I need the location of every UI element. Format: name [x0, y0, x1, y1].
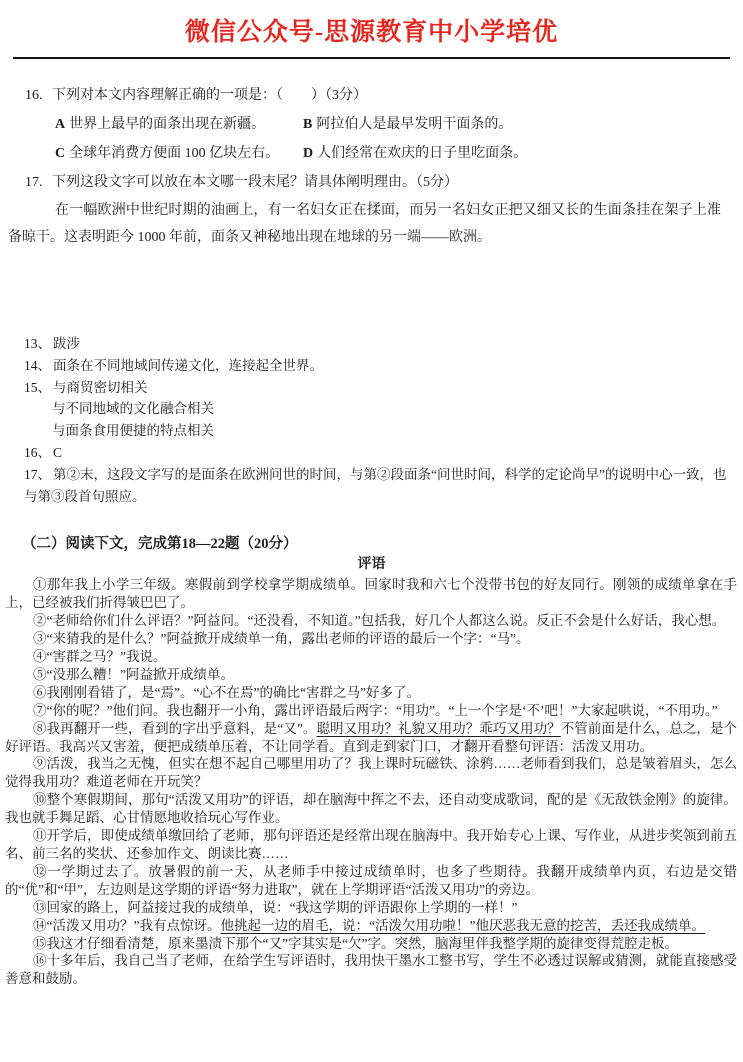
question-16-number: 16.: [25, 81, 52, 110]
paragraph-text: ⑮我这才仔细看清楚，原来墨渍下那个“又”字其实是“欠”字。突然，脑海里伴我整学期…: [33, 936, 678, 951]
q16-options: A世界上最早的面条出现在新疆。B阿拉伯人是最早发明干面条的。C全球年消费方便面 …: [0, 110, 743, 168]
option-row: A世界上最早的面条出现在新疆。B阿拉伯人是最早发明干面条的。: [0, 110, 743, 139]
answer-number: 13、: [24, 336, 51, 351]
answer-item: 13、跋涉: [24, 333, 735, 355]
document-page: 微信公众号-思源教育中小学培优 16.下列对本文内容理解正确的一项是：（ ）（3…: [0, 0, 743, 1062]
essay-paragraph: ⑩整个寒假期间，那句“活泼又用功”的评语，却在脑海中挥之不去，还自动变成歌词，配…: [5, 791, 737, 827]
paragraph-text: ⑤“没那么糟！”阿益掀开成绩单。: [33, 667, 234, 682]
paragraph-text: ⑦“你的呢？”他们问。我也翻开一小角，露出评语最后两字：“用功”。“上一个字是‘…: [33, 703, 718, 718]
answer-key-block: 13、跋涉14、面条在不同地域间传递文化，连接起全世界。15、与商贸密切相关与不…: [0, 333, 743, 507]
essay-paragraph: ⑪开学后，即使成绩单缴回给了老师，那句评语还是经常出现在脑海中。我开始专心上课、…: [5, 827, 737, 863]
paragraph-text: ④“害群之马？”我说。: [33, 649, 166, 664]
option-row: C全球年消费方便面 100 亿块左右。D人们经常在欢庆的日子里吃面条。: [0, 139, 743, 168]
essay-paragraph: ⑫一学期过去了。放暑假的前一天，从老师手中接过成绩单时，也多了些期待。我翻开成绩…: [5, 863, 737, 899]
essay-paragraph: ③“来猜我的是什么？”阿益掀开成绩单一角，露出老师的评语的最后一个字：“马”。: [5, 630, 737, 648]
header-divider: [13, 57, 730, 59]
essay-paragraph: ②“老师给你们什么评语？”阿益问。“还没看，不知道。”包括我，好几个人都这么说。…: [5, 612, 737, 630]
question-17-number: 17.: [25, 168, 52, 197]
question-17-stem: 下列这段文字可以放在本文哪一段末尾？请具体阐明理由。（5分）: [52, 175, 458, 190]
section-two-heading: （二）阅读下文，完成第18—22题（20分）: [0, 534, 743, 554]
paragraph-text: ⑭“活泼又用功？”我有点惊讶。: [33, 918, 220, 933]
paragraph-text: ⑯十多年后，我自己当了老师，在给学生写评语时，我用快干墨水工整书写，学生不必透过…: [5, 953, 737, 986]
paragraph-text: ⑬回家的路上，阿益接过我的成绩单，说：“我这学期的评语跟你上学期的一样！”: [33, 900, 517, 915]
essay-paragraph: ⑧我再翻开一些，看到的字出乎意料，是“又”。聪明又用功？礼貌又用功？乖巧又用功？…: [5, 720, 737, 756]
option-letter: B: [303, 117, 312, 132]
essay-title: 评语: [0, 555, 743, 574]
answer-number: 14、: [24, 358, 51, 373]
answer-line: 15、与商贸密切相关: [24, 377, 735, 399]
underlined-text: 聪明又用功？礼貌又用功？乖巧又用功？: [316, 721, 560, 736]
essay-paragraph: ⑭“活泼又用功？”我有点惊讶。他挑起一边的眉毛，说：“活泼欠用功啦！”他厌恶我无…: [5, 917, 737, 935]
answer-sub-line: 与不同地域的文化融合相关: [24, 398, 735, 420]
answer-text: 第②末，这段文字写的是面条在欧洲问世的时间，与第②段面条“问世时间，科学的定论尚…: [24, 467, 726, 504]
section-two: （二）阅读下文，完成第18—22题（20分） 评语 ①那年我上小学三年级。寒假前…: [0, 534, 743, 988]
answer-item: 16、C: [24, 442, 735, 464]
answer-text: 面条在不同地域间传递文化，连接起全世界。: [53, 358, 323, 373]
paragraph-text: ⑨活泼，我当之无愧，但实在想不起自己哪里用功了？我上课时玩磁铁、涂鸦……老师看到…: [5, 756, 737, 789]
essay-paragraph: ⑦“你的呢？”他们问。我也翻开一小角，露出评语最后两字：“用功”。“上一个字是‘…: [5, 702, 737, 720]
paragraph-text: ②“老师给你们什么评语？”阿益问。“还没看，不知道。”包括我，好几个人都这么说。…: [33, 613, 725, 628]
question-block: 16.下列对本文内容理解正确的一项是：（ ）（3分） A世界上最早的面条出现在新…: [0, 81, 743, 251]
paragraph-text: ⑧我再翻开一些，看到的字出乎意料，是“又”。: [33, 721, 316, 736]
essay-paragraph: ⑬回家的路上，阿益接过我的成绩单，说：“我这学期的评语跟你上学期的一样！”: [5, 899, 737, 917]
answer-item: 15、与商贸密切相关与不同地域的文化融合相关与面条食用便捷的特点相关: [24, 377, 735, 442]
essay-paragraph: ⑤“没那么糟！”阿益掀开成绩单。: [5, 666, 737, 684]
paragraph-text: ③“来猜我的是什么？”阿益掀开成绩单一角，露出老师的评语的最后一个字：“马”。: [33, 631, 529, 646]
paragraph-text: ①那年我上小学三年级。寒假前到学校拿学期成绩单。回家时我和六七个没带书包的好友同…: [5, 577, 737, 610]
paragraph-text: ⑩整个寒假期间，那句“活泼又用功”的评语，却在脑海中挥之不去，还自动变成歌词，配…: [5, 792, 737, 825]
paragraph-text: ⑫一学期过去了。放暑假的前一天，从老师手中接过成绩单时，也多了些期待。我翻开成绩…: [5, 864, 737, 897]
paragraph-text: ⑪开学后，即使成绩单缴回给了老师，那句评语还是经常出现在脑海中。我开始专心上课、…: [5, 828, 737, 861]
answer-text: C: [53, 445, 62, 460]
answer-number: 16、: [24, 445, 51, 460]
answer-text: 跋涉: [53, 336, 80, 351]
answer-item: 17、第②末，这段文字写的是面条在欧洲问世的时间，与第②段面条“问世时间，科学的…: [24, 464, 735, 508]
underlined-text: 他挑起一边的眉毛，说：“活泼欠用功啦！”他厌恶我无意的挖苦，丢还我成绩单。: [220, 918, 704, 933]
answer-sub-line: 与面条食用便捷的特点相关: [24, 420, 735, 442]
option-letter: C: [55, 146, 65, 161]
option-letter: D: [303, 146, 313, 161]
question-16-stem: 下列对本文内容理解正确的一项是：（ ）（3分）: [52, 88, 367, 103]
page-title: 微信公众号-思源教育中小学培优: [0, 12, 743, 48]
option-A: A世界上最早的面条出现在新疆。: [55, 110, 303, 139]
answer-line: 14、面条在不同地域间传递文化，连接起全世界。: [24, 355, 735, 377]
essay-paragraph: ⑯十多年后，我自己当了老师，在给学生写评语时，我用快干墨水工整书写，学生不必透过…: [5, 952, 737, 988]
answer-line: 17、第②末，这段文字写的是面条在欧洲问世的时间，与第②段面条“问世时间，科学的…: [24, 464, 735, 508]
essay-body: ①那年我上小学三年级。寒假前到学校拿学期成绩单。回家时我和六七个没带书包的好友同…: [5, 576, 737, 988]
essay-paragraph: ①那年我上小学三年级。寒假前到学校拿学期成绩单。回家时我和六七个没带书包的好友同…: [5, 576, 737, 612]
paragraph-text: ⑥我刚刚看错了，是“焉”。“心不在焉”的确比“害群之马”好多了。: [33, 685, 420, 700]
question-17-quoted-passage: 在一幅欧洲中世纪时期的油画上，有一名妇女正在揉面，而另一名妇女正把又细又长的生面…: [8, 197, 721, 251]
essay-paragraph: ⑮我这才仔细看清楚，原来墨渍下那个“又”字其实是“欠”字。突然，脑海里伴我整学期…: [5, 935, 737, 953]
answer-line: 16、C: [24, 442, 735, 464]
answer-line: 13、跋涉: [24, 333, 735, 355]
option-letter: A: [55, 117, 65, 132]
essay-paragraph: ④“害群之马？”我说。: [5, 648, 737, 666]
answer-number: 17、: [24, 467, 51, 482]
essay-paragraph: ⑥我刚刚看错了，是“焉”。“心不在焉”的确比“害群之马”好多了。: [5, 684, 737, 702]
question-16: 16.下列对本文内容理解正确的一项是：（ ）（3分）: [0, 81, 743, 110]
answer-item: 14、面条在不同地域间传递文化，连接起全世界。: [24, 355, 735, 377]
option-C: C全球年消费方便面 100 亿块左右。: [55, 139, 303, 168]
answer-text: 与商贸密切相关: [53, 380, 148, 395]
answer-number: 15、: [24, 380, 51, 395]
option-D: D人们经常在欢庆的日子里吃面条。: [303, 146, 527, 161]
essay-paragraph: ⑨活泼，我当之无愧，但实在想不起自己哪里用功了？我上课时玩磁铁、涂鸦……老师看到…: [5, 755, 737, 791]
question-17: 17.下列这段文字可以放在本文哪一段末尾？请具体阐明理由。（5分）: [0, 168, 743, 197]
option-B: B阿拉伯人是最早发明干面条的。: [303, 117, 512, 132]
